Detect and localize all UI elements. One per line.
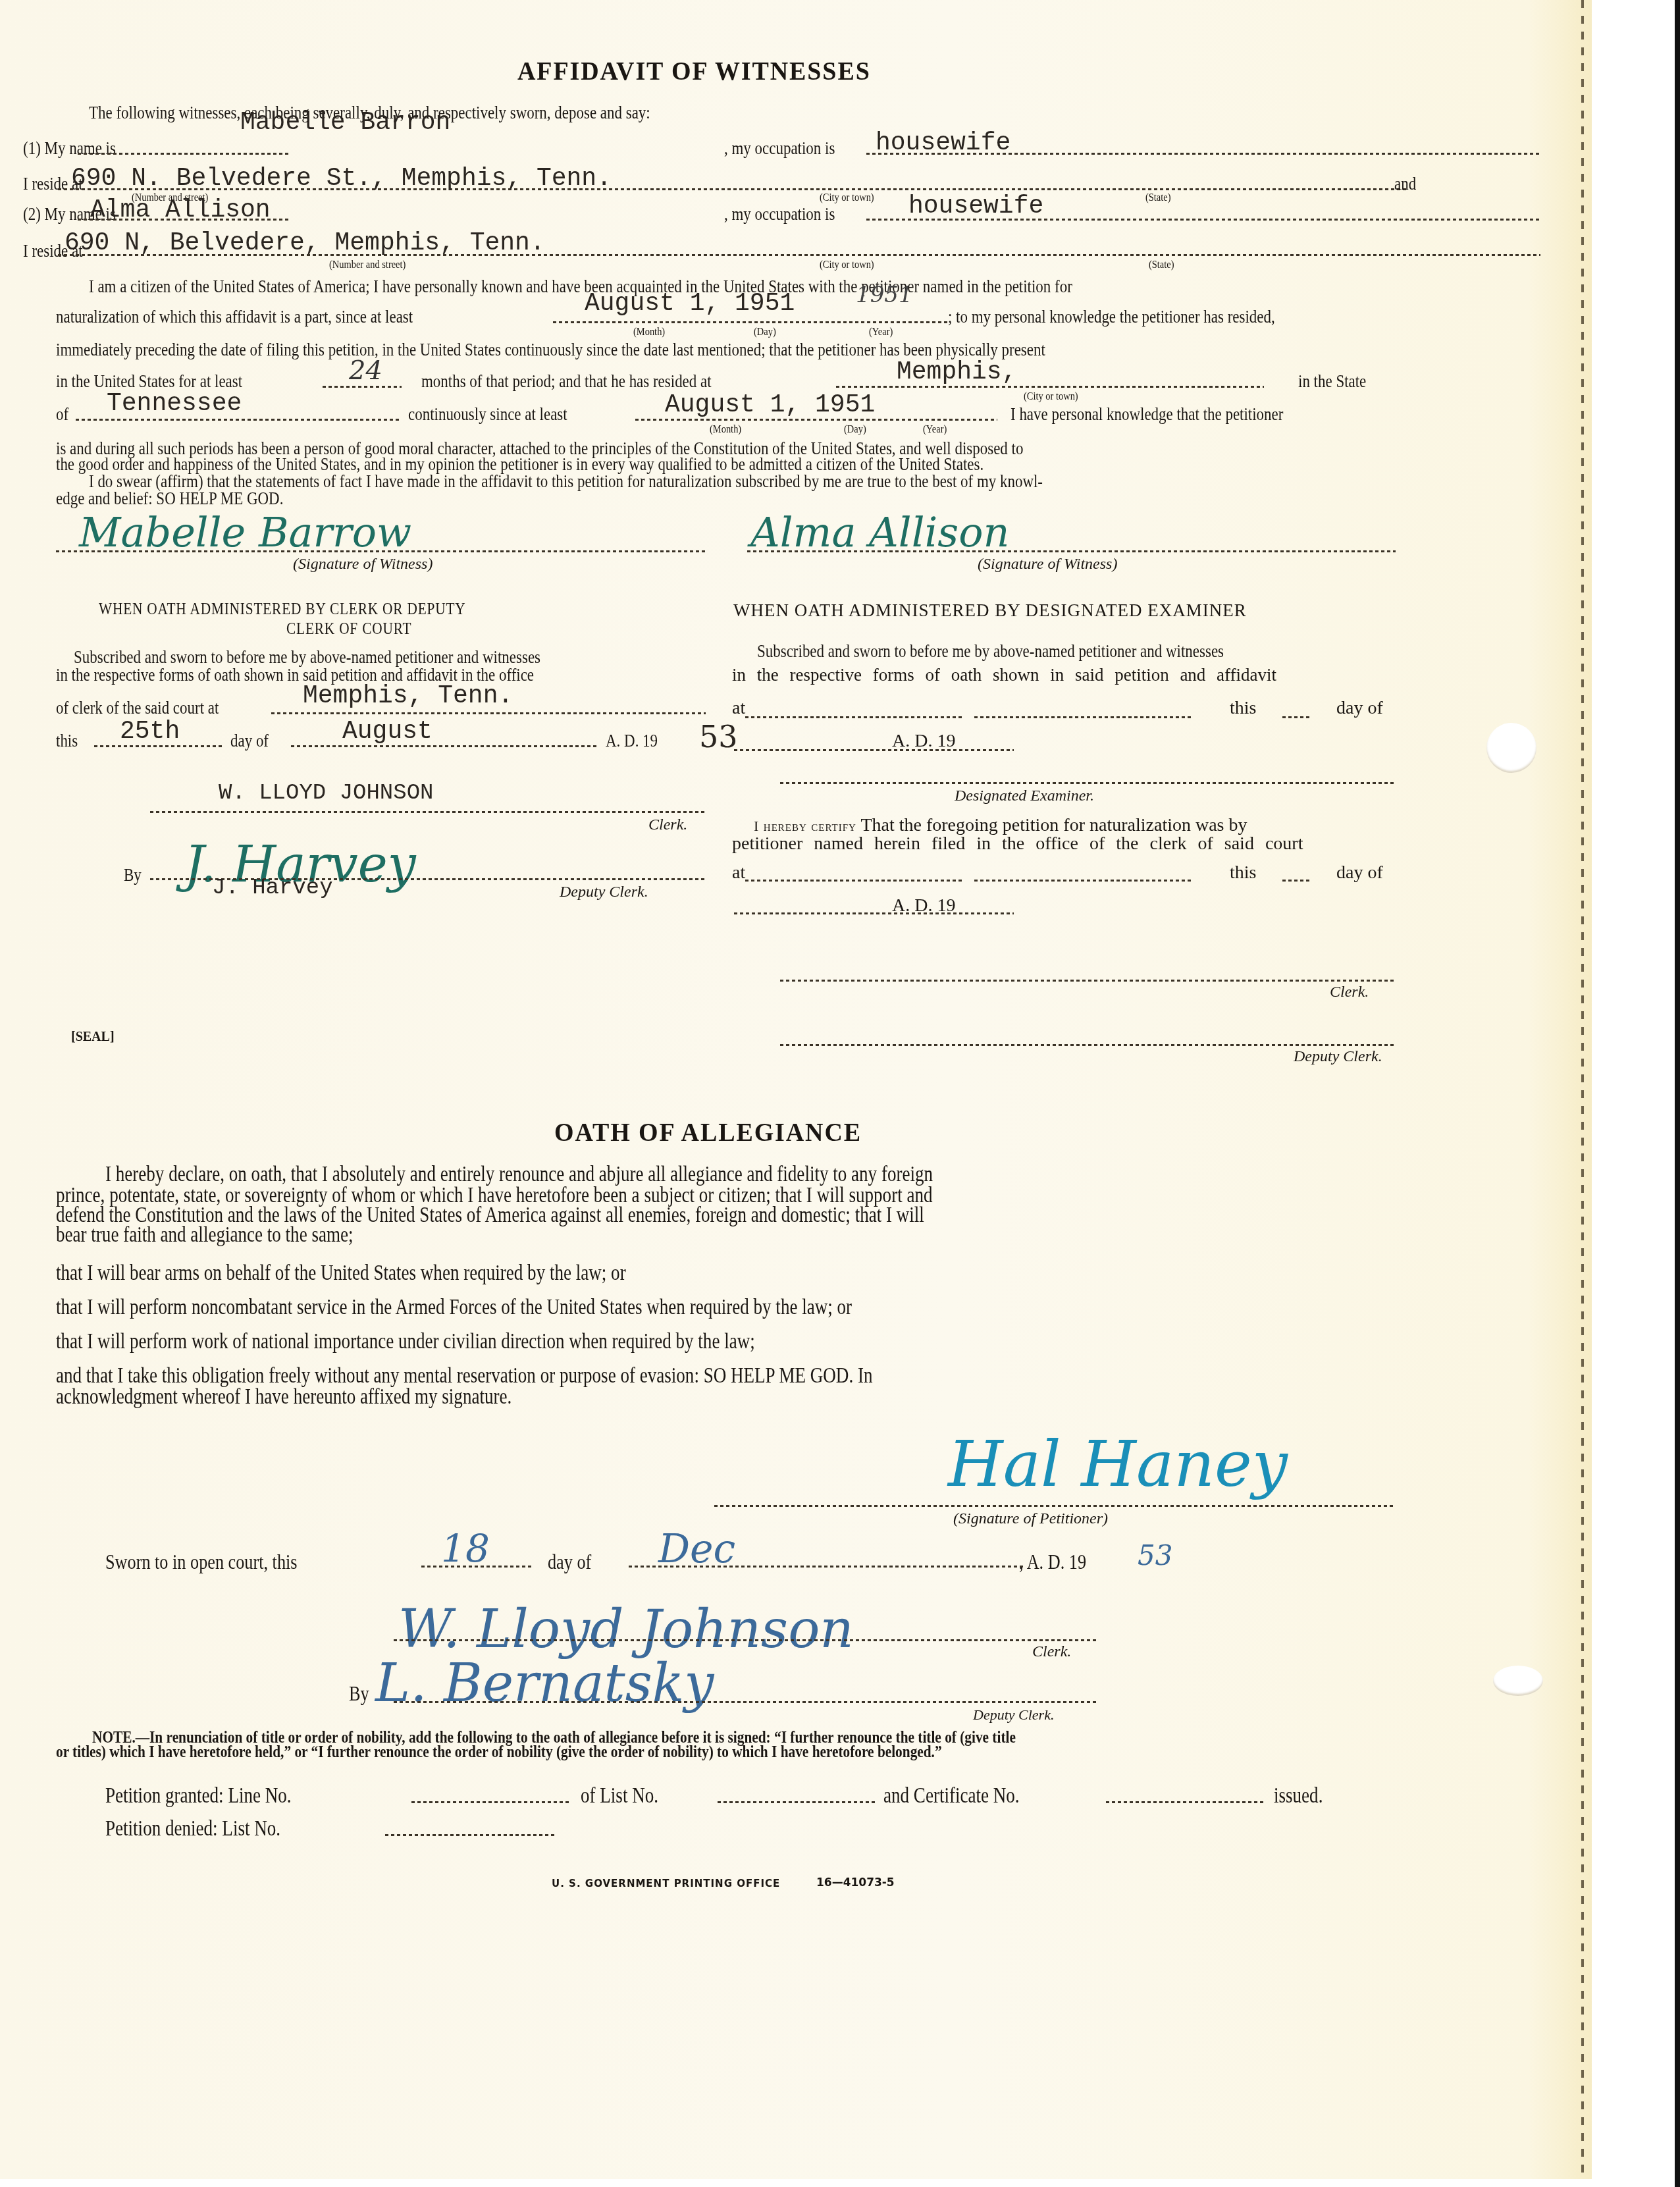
certify-at-line-2 [974,880,1192,882]
granted-cert-no[interactable] [1106,1801,1264,1803]
granted-list-no[interactable] [718,1801,876,1803]
clerk-court-label: of clerk of the said court at [56,699,219,718]
certify-text1: I hereby certify That the foregoing peti… [754,816,1247,835]
petitioner-signature: Hal Haney [948,1427,1288,1501]
clerk-day-of-label: day of [230,732,269,751]
granted-label: Petition granted: Line No. [105,1785,292,1807]
witness1-occupation-field[interactable]: housewife [876,129,1011,157]
oath-clerk-signature: W. Lloyd Johnson [398,1598,854,1660]
clerk-month-line [291,745,597,747]
denied-list-no[interactable] [385,1834,556,1836]
petitioner-signature-label: (Signature of Petitioner) [953,1510,1108,1528]
oath-deputy-label: Deputy Clerk. [973,1706,1054,1724]
scanner-border [1675,0,1680,2187]
para1-line4-pre: in the United States for at least [56,373,242,391]
examiner-at-line [745,716,962,718]
witness2-signature-line [747,550,1396,552]
note-line2: or titles) which I have heretofore held,… [56,1743,942,1760]
granted-list-label: of List No. [581,1785,658,1807]
state-field[interactable]: Tennessee [107,390,242,418]
certify-deputy-label: Deputy Clerk. [1294,1048,1382,1066]
sublabel-day-1: (Day) [754,325,776,338]
para1-line2-post: ; to my personal knowledge the petitione… [948,308,1275,327]
sworn-day-field[interactable]: 18 [441,1526,490,1571]
clerk-label: Clerk. [648,816,687,834]
sublabel-city-1: (City or town) [820,191,874,204]
certify-clerk-line [780,980,1396,982]
witness1-signature-line [56,550,708,552]
certify-this-label: this [1230,864,1256,882]
witness1-occupation-label: , my occupation is [724,140,835,158]
sublabel-street-2: (Number and street) [329,258,406,271]
date1-line [553,321,948,323]
examiner-at-label: at [732,699,745,718]
witness1-and: and [1394,175,1416,194]
oath-noncombatant: that I will perform noncombatant service… [56,1297,852,1319]
months-line [323,386,402,388]
witness1-signature: Mabelle Barrow [79,508,411,556]
examiner-at-line-2 [974,716,1192,718]
examiner-this-label: this [1230,699,1256,718]
oath-bear-arms: that I will bear arms on behalf of the U… [56,1263,626,1284]
punch-hole-lower [1493,1666,1543,1696]
clerk-text1: Subscribed and sworn to before me by abo… [74,648,540,667]
certify-at-label: at [732,864,745,882]
seal-label: [SEAL] [71,1030,115,1045]
sublabel-year-2: (Year) [923,423,947,436]
sublabel-city-3: (City or town) [1024,390,1078,403]
witness2-signature: Alma Allison [750,508,1009,556]
examiner-label: Designated Examiner. [955,787,1094,805]
oath-clerk-line [394,1639,1097,1641]
state-line [76,419,402,421]
oath-deputy-line [394,1701,1097,1703]
oath-closing-line1: and that I take this obligation freely w… [56,1365,872,1387]
clerk-day-field[interactable]: 25th [120,718,180,746]
oath-clerk-label: Clerk. [1032,1643,1071,1661]
certify-day-line [1282,880,1312,882]
sworn-year-field[interactable]: 53 [1138,1539,1172,1571]
oath-closing-line2: acknowledgment whereof I have hereunto a… [56,1386,512,1408]
witness1-name-field[interactable]: Mabelle Barron [240,109,450,137]
examiner-text2: in the respective forms of oath shown in… [732,666,1396,684]
printer-imprint: U. S. GOVERNMENT PRINTING OFFICE [552,1878,780,1889]
witness2-name-field[interactable]: Alma Allison [90,196,271,224]
certify-month-line [734,912,1014,914]
witness1-address-field[interactable]: 690 N. Belvedere St., Memphis, Tenn. [71,165,612,193]
months-field[interactable]: 24 [349,356,382,386]
oath-para1-line1: I hereby declare, on oath, that I absolu… [105,1164,933,1186]
date1-handwritten-year: 1951 [856,282,913,308]
witness1-signature-label: (Signature of Witness) [293,556,433,573]
punch-hole-upper [1486,723,1536,773]
para1-line1: I am a citizen of the United States of A… [89,278,1072,296]
examiner-day-of-label: day of [1336,699,1383,718]
sworn-day-of-label: day of [548,1551,591,1572]
date2-field[interactable]: August 1, 1951 [665,391,875,419]
clerk-typed-name: W. LLOYD JOHNSON [219,781,433,806]
sublabel-month-1: (Month) [633,325,665,338]
granted-issued-label: issued. [1274,1785,1323,1807]
oath-title: OATH OF ALLEGIANCE [554,1117,862,1147]
oath-by-label: By [349,1683,369,1704]
clerk-this-label: this [56,732,78,751]
granted-line-no[interactable] [411,1801,569,1803]
clerk-signature-line [150,811,706,813]
witness1-name-label: (1) My name is [23,140,116,158]
witness2-signature-label: (Signature of Witness) [978,556,1117,573]
sublabel-year-1: (Year) [869,325,893,338]
sworn-ad-label: , A. D. 19 [1019,1551,1086,1572]
denied-label: Petition denied: List No. [105,1818,280,1840]
examiner-ad-label: A. D. 19 [892,732,955,751]
sworn-month-field[interactable]: Dec [658,1526,735,1572]
para1-line4-mid: months of that period; and that he has r… [421,373,712,391]
certify-clerk-label: Clerk. [1330,984,1369,1001]
clerk-heading-line1: WHEN OATH ADMINISTERED BY CLERK OR DEPUT… [99,599,466,619]
para1-line5-pre: of [56,406,68,424]
clerk-heading-line2: CLERK OF COURT [286,619,411,639]
deputy-clerk-label: Deputy Clerk. [560,883,648,901]
certify-ad-label: A. D. 19 [892,897,955,915]
clerk-by-label: By [124,866,142,885]
clerk-court-location[interactable]: Memphis, Tenn. [303,682,513,710]
examiner-text1: Subscribed and sworn to before me by abo… [757,643,1224,661]
clerk-month-field[interactable]: August [342,718,433,746]
certify-body1: That the foregoing petition for naturali… [860,815,1247,835]
clerk-court-line [271,712,706,714]
certify-text2: petitioner named herein filed in the off… [732,835,1303,853]
sublabel-month-2: (Month) [710,423,741,436]
examiner-month-line [734,749,1014,751]
petitioner-signature-line [714,1505,1396,1507]
witness2-address-field[interactable]: 690 N, Belvedere, Memphis, Tenn. [65,229,545,257]
examiner-heading: WHEN OATH ADMINISTERED BY DESIGNATED EXA… [733,600,1247,621]
oath-deputy-signature: L. Bernatsky [375,1652,714,1714]
granted-cert-label: and Certificate No. [883,1785,1020,1807]
witness1-name-line [78,153,290,155]
para2-line2: edge and belief: SO HELP ME GOD. [56,490,283,508]
examiner-day-line [1282,716,1312,718]
para1-line5-mid: continuously since at least [408,406,567,424]
deputy-clerk-typed: J. Harvey [212,876,333,901]
date1-field[interactable]: August 1, 1951 [585,290,795,318]
sublabel-state-2: (State) [1149,258,1174,271]
certify-lead: I hereby certify [754,818,856,834]
oath-para1-line4: bear true faith and allegiance to the sa… [56,1225,354,1246]
clerk-ad-label: A. D. 19 [606,732,658,751]
certify-deputy-line [780,1044,1396,1046]
affidavit-title: AFFIDAVIT OF WITNESSES [517,55,871,86]
certify-day-of-label: day of [1336,864,1383,882]
sublabel-state-1: (State) [1145,191,1171,204]
sworn-label: Sworn to in open court, this [105,1551,298,1572]
para1-line4-post: in the State [1298,373,1366,391]
clerk-year-field[interactable]: 53 [699,719,738,754]
para1-line2-pre: naturalization of which this affidavit i… [56,308,413,327]
certify-at-line [745,880,962,882]
perforation-edge [1581,0,1584,2179]
sublabel-city-2: (City or town) [820,258,874,271]
examiner-signature-line [780,782,1396,784]
para1-line5-post: I have personal knowledge that the petit… [1011,406,1283,424]
resided-city-field[interactable]: Memphis, [897,358,1016,386]
witness2-occupation-field[interactable]: housewife [908,192,1043,221]
sublabel-day-2: (Day) [844,423,866,436]
witness2-occupation-label: , my occupation is [724,205,835,224]
oath-civilian: that I will perform work of national imp… [56,1331,755,1353]
para1-line3: immediately preceding the date of filing… [56,341,1045,359]
document-page: AFFIDAVIT OF WITNESSES The following wit… [0,0,1592,2179]
form-code: 16—41073-5 [816,1876,895,1889]
